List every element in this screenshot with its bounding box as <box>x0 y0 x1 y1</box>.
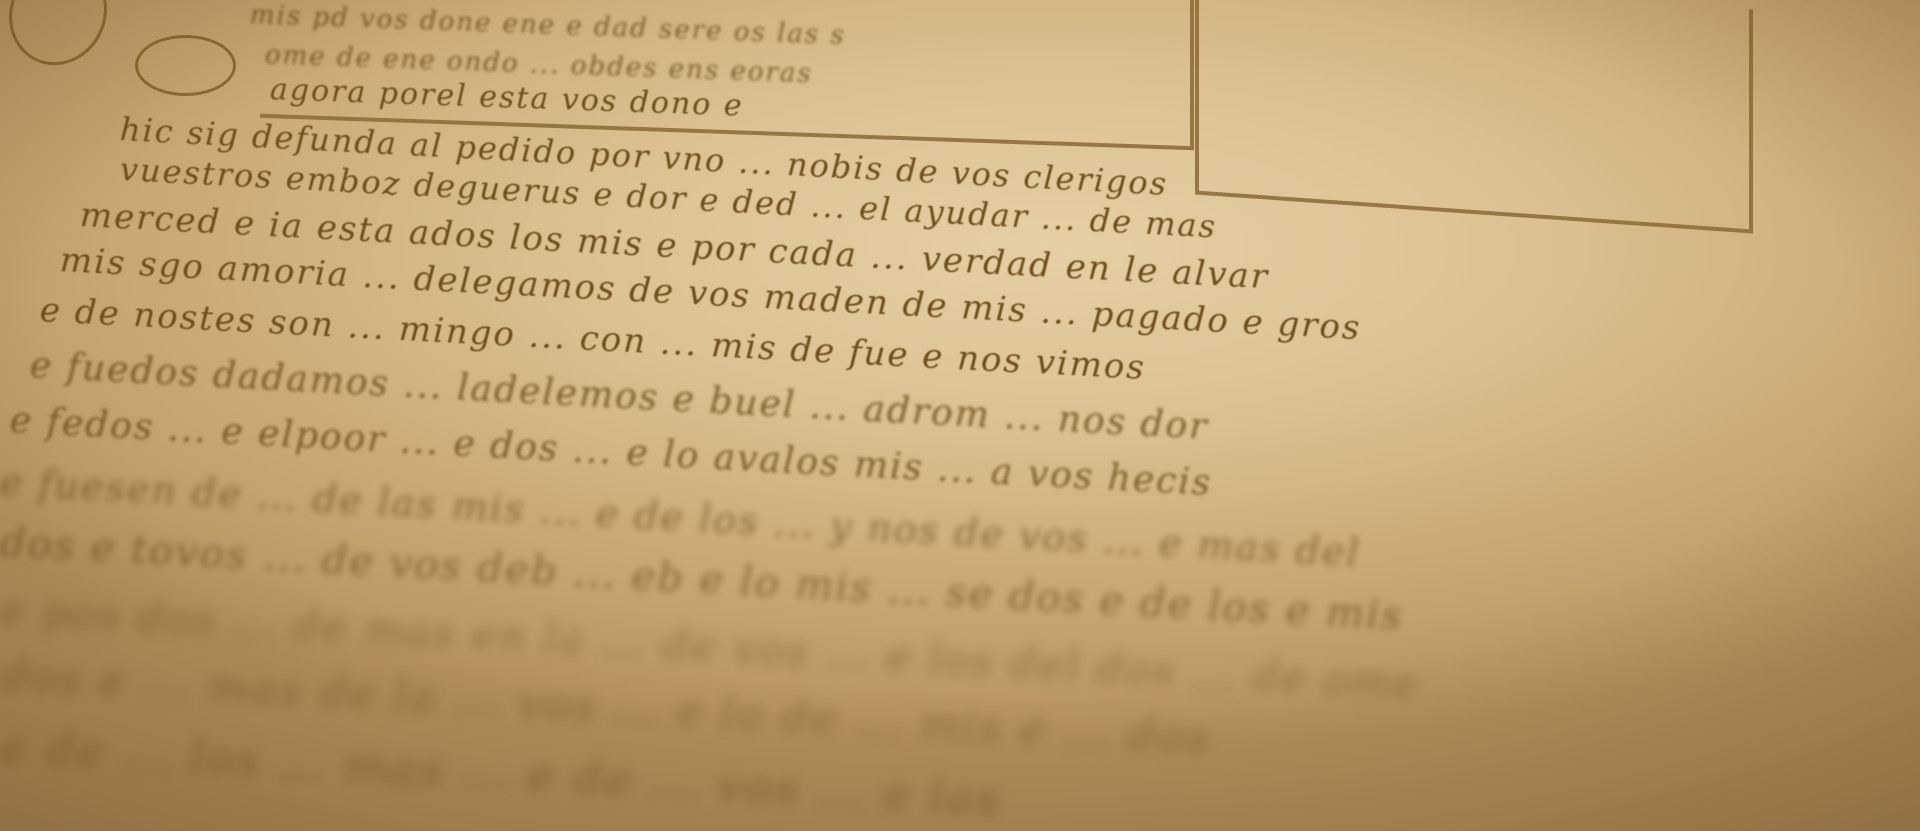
initial-flourish <box>0 0 124 81</box>
manuscript-photo: mis pd vos done ene e dad sere os las s … <box>0 0 1920 831</box>
capital-letter-flourish <box>135 35 236 96</box>
ruled-frame-right <box>1195 0 1753 234</box>
